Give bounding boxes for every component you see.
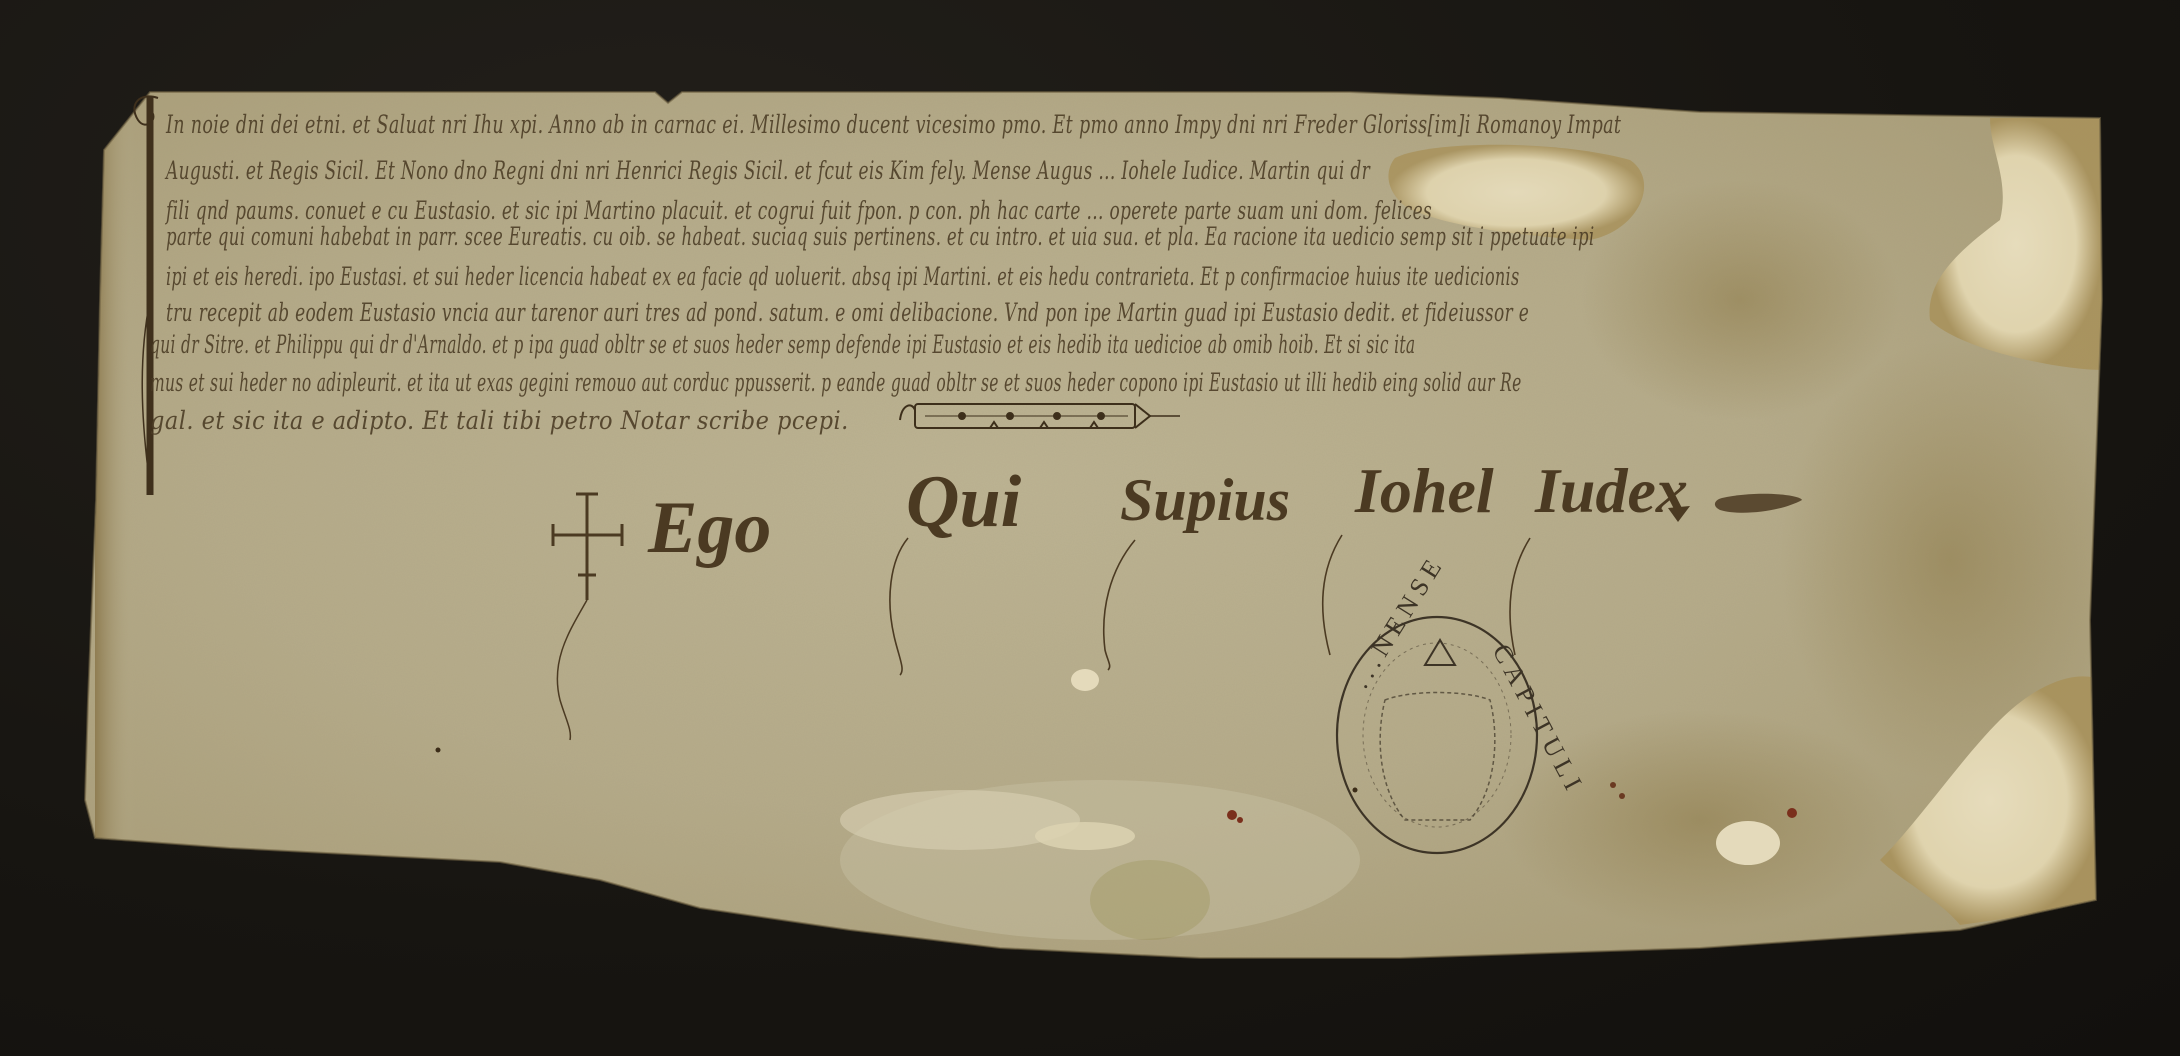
signature-word-iudex: Iudex bbox=[1535, 454, 1688, 528]
text-line-1: In noie dni dei etni. et Saluat nri Ihu … bbox=[166, 110, 1621, 139]
text-line-3: fili qnd paums. conuet e cu Eustasio. et… bbox=[166, 196, 1432, 225]
signature-word-ego: Ego bbox=[648, 486, 771, 571]
text-line-6: tru recepit ab eodem Eustasio vncia aur … bbox=[166, 298, 1529, 327]
signature-word-qui: Qui bbox=[906, 460, 1021, 545]
signature-word-supius: Supius bbox=[1120, 466, 1290, 535]
text-line-2: Augusti. et Regis Sicil. Et Nono dno Reg… bbox=[166, 156, 1370, 185]
text-line-8: mus et sui heder no adipleurit. et ita u… bbox=[150, 368, 1522, 397]
signature-word-iohel: Iohel bbox=[1355, 454, 1494, 528]
text-line-4: parte qui comuni habebat in parr. scee E… bbox=[166, 222, 1595, 251]
text-line-9: gal. et sic ita e adipto. Et tali tibi p… bbox=[150, 406, 849, 435]
text-line-5: ipi et eis heredi. ipo Eustasi. et sui h… bbox=[166, 262, 1520, 291]
text-line-7: qui dr Sitre. et Philippu qui dr d'Arnal… bbox=[150, 330, 1415, 359]
